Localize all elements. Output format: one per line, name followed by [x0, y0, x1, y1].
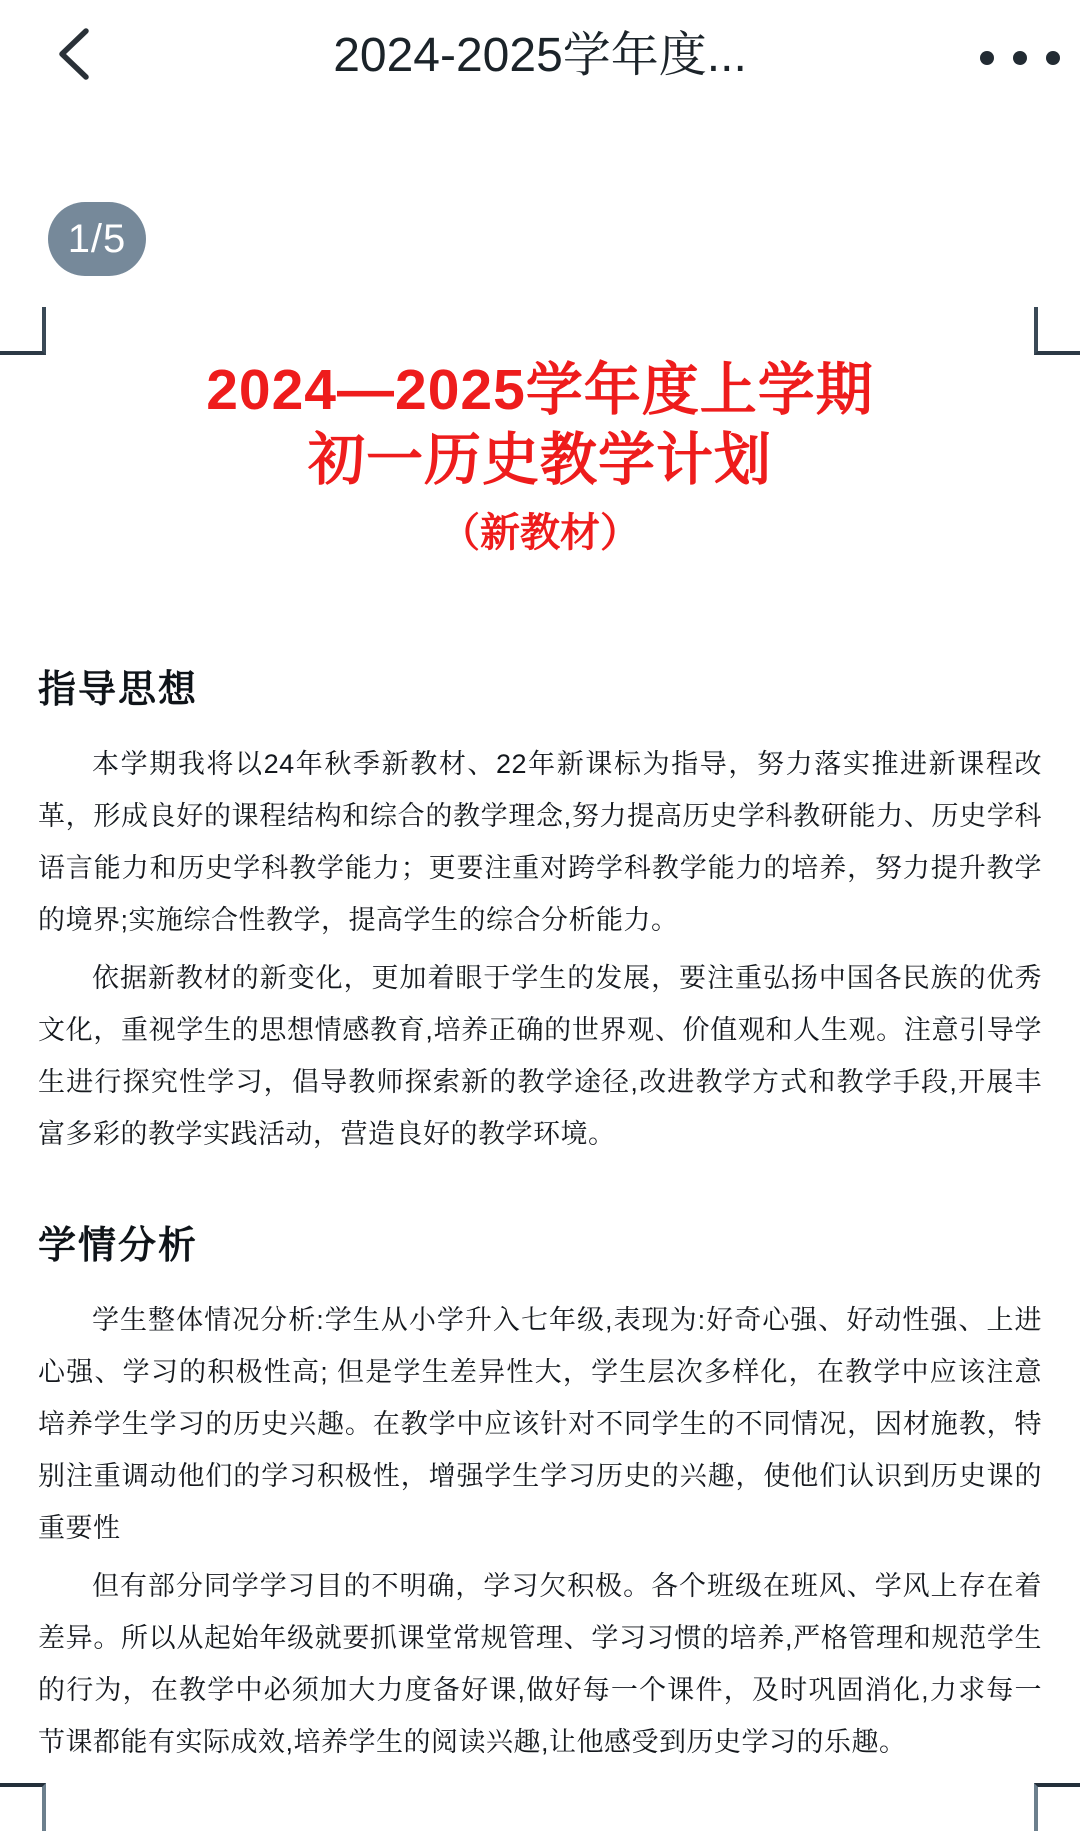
document-page[interactable]: 2024—2025学年度上学期 初一历史教学计划 （新教材） 指导思想 本学期我… [38, 330, 1042, 1774]
page-corner-mark-bottom-left [0, 1783, 46, 1831]
document-subtitle: （新教材） [38, 509, 1042, 557]
more-menu-button[interactable] [980, 36, 1060, 80]
page-indicator-badge: 1/5 [48, 202, 146, 276]
document-title-line2: 初一历史教学计划 [38, 425, 1042, 495]
chevron-left-icon [55, 26, 93, 82]
paragraph: 但有部分同学学习目的不明确，学习欠积极。各个班级在班风、学风上存在着差异。所以从… [38, 1560, 1042, 1768]
paragraph: 本学期我将以24年秋季新教材、22年新课标为指导，努力落实推进新课程改革，形成良… [38, 738, 1042, 946]
page-corner-mark-bottom-right [1034, 1783, 1080, 1831]
document-title-line1: 2024—2025学年度上学期 [38, 355, 1042, 425]
section-heading-learning-analysis: 学情分析 [38, 1218, 1042, 1274]
more-dot-icon [1046, 51, 1060, 65]
section-heading-guiding-ideology: 指导思想 [38, 662, 1042, 718]
back-button[interactable] [46, 22, 102, 86]
more-dot-icon [1013, 51, 1027, 65]
paragraph: 依据新教材的新变化，更加着眼于学生的发展，要注重弘扬中国各民族的优秀文化，重视学… [38, 952, 1042, 1160]
document-title-bar: 2024-2025学年度... [190, 24, 890, 88]
more-dot-icon [980, 51, 994, 65]
top-bar: 2024-2025学年度... [0, 0, 1080, 104]
paragraph: 学生整体情况分析:学生从小学升入七年级,表现为:好奇心强、好动性强、上进心强、学… [38, 1294, 1042, 1554]
